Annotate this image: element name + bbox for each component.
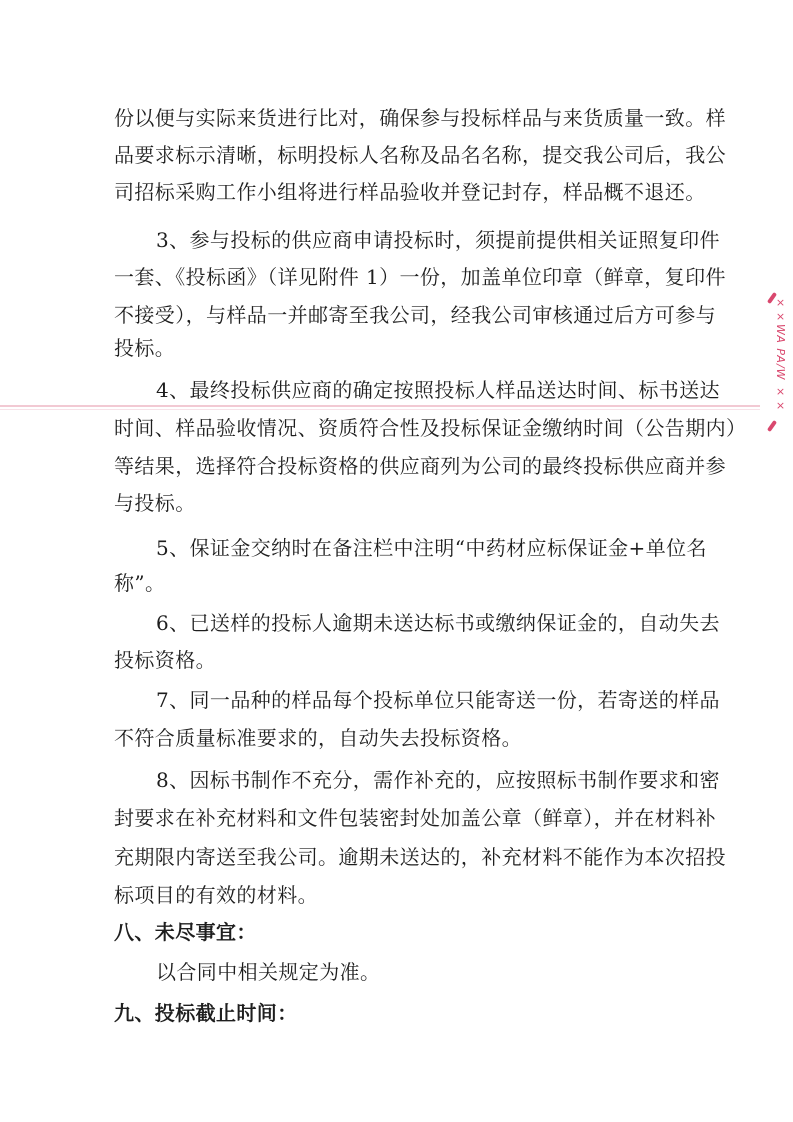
text-line: 时间、样品验收情况、资质符合性及投标保证金缴纳时间（公告期内） bbox=[114, 416, 674, 440]
text-line: 8、因标书制作不充分，需作补充的，应按照标书制作要求和密 bbox=[156, 768, 716, 792]
text-line: 司招标采购工作小组将进行样品验收并登记封存，样品概不退还。 bbox=[114, 180, 674, 204]
text-line: 标项目的有效的材料。 bbox=[114, 883, 674, 907]
text-line: 5、保证金交纳时在备注栏中注明“中药材应标保证金+单位名 bbox=[156, 536, 716, 560]
text-line: 投标。 bbox=[114, 336, 674, 360]
page-fold-line bbox=[0, 405, 760, 407]
text-line: 一套、《投标函》（详见附件 1）一份，加盖单位印章（鲜章，复印件 bbox=[114, 265, 674, 289]
text-line: 不符合质量标准要求的，自动失去投标资格。 bbox=[114, 726, 674, 750]
text-line: 7、同一品种的样品每个投标单位只能寄送一份，若寄送的样品 bbox=[156, 688, 716, 712]
text-line: 与投标。 bbox=[114, 491, 674, 515]
text-line: 充期限内寄送至我公司。逾期未送达的，补充材料不能作为本次招投 bbox=[114, 845, 674, 869]
seal-stamp-edge: ××WA PA/W ×× bbox=[765, 285, 787, 425]
section-heading: 八、未尽事宜： bbox=[114, 920, 674, 944]
text-line: 份以便与实际来货进行比对，确保参与投标样品与来货质量一致。样 bbox=[114, 106, 674, 130]
text-line: 不接受），与样品一并邮寄至我公司，经我公司审核通过后方可参与 bbox=[114, 303, 674, 327]
text-line: 称”。 bbox=[114, 571, 674, 595]
section-heading: 九、投标截止时间： bbox=[114, 1001, 674, 1025]
text-line: 4、最终投标供应商的确定按照投标人样品送达时间、标书送达 bbox=[156, 378, 716, 402]
text-line: 3、参与投标的供应商申请投标时，须提前提供相关证照复印件 bbox=[156, 228, 716, 252]
text-line: 以合同中相关规定为准。 bbox=[156, 960, 716, 984]
document-page: 份以便与实际来货进行比对，确保参与投标样品与来货质量一致。样品要求标示清晰，标明… bbox=[0, 0, 793, 1122]
text-line: 投标资格。 bbox=[114, 648, 674, 672]
text-line: 封要求在补充材料和文件包装密封处加盖公章（鲜章），并在材料补 bbox=[114, 806, 674, 830]
text-line: 品要求标示清晰，标明投标人名称及品名名称，提交我公司后，我公 bbox=[114, 143, 674, 167]
text-line: 6、已送样的投标人逾期未送达标书或缴纳保证金的，自动失去 bbox=[156, 611, 716, 635]
page-fold-line-shadow bbox=[0, 409, 760, 410]
text-line: 等结果，选择符合投标资格的供应商列为公司的最终投标供应商并参 bbox=[114, 454, 674, 478]
